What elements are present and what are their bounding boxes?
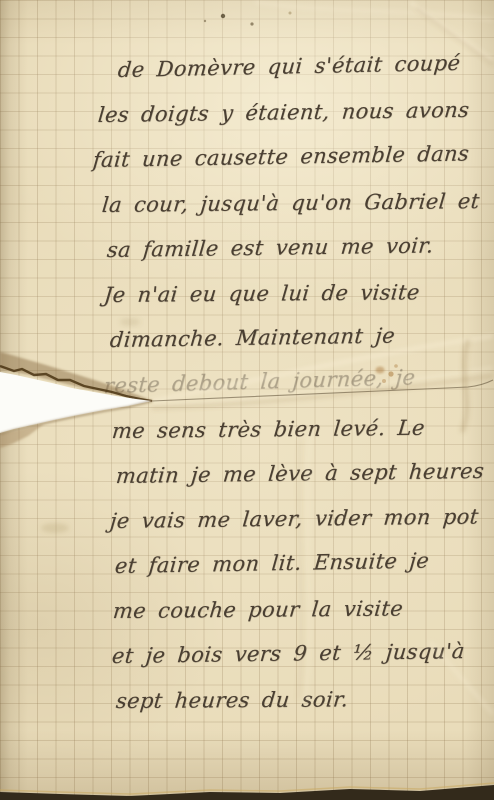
handwritten-line-4: la cour, jusqu'à qu'on Gabriel et	[101, 189, 481, 217]
handwritten-line-15: sept heures du soir.	[115, 687, 350, 713]
handwritten-line-13: me couche pour la visite	[112, 596, 404, 623]
handwritten-line-3: fait une causette ensemble dans	[92, 141, 470, 172]
handwritten-line-2: les doigts y étaient, nous avons	[97, 98, 471, 127]
handwriting-layer: de Domèvre qui s'était coupé les doigts …	[0, 0, 494, 800]
handwritten-line-7: dimanche. Maintenant je	[109, 324, 396, 353]
handwritten-line-9: me sens très bien levé. Le	[111, 416, 426, 443]
handwritten-line-5: sa famille est venu me voir.	[106, 233, 435, 262]
letter-page: de Domèvre qui s'était coupé les doigts …	[0, 0, 494, 800]
handwritten-line-11: je vais me laver, vider mon pot	[109, 504, 480, 533]
handwritten-line-12: et faire mon lit. Ensuite je	[114, 548, 430, 578]
handwritten-line-10: matin je me lève à sept heures	[115, 459, 485, 488]
handwritten-line-1: de Domèvre qui s'était coupé	[117, 51, 461, 82]
handwritten-line-8: reste debout la journée, je	[103, 365, 416, 398]
handwritten-line-6: Je n'ai eu que lui de visite	[103, 280, 421, 307]
handwritten-line-14: et je bois vers 9 et ½ jusqu'à	[111, 639, 466, 668]
